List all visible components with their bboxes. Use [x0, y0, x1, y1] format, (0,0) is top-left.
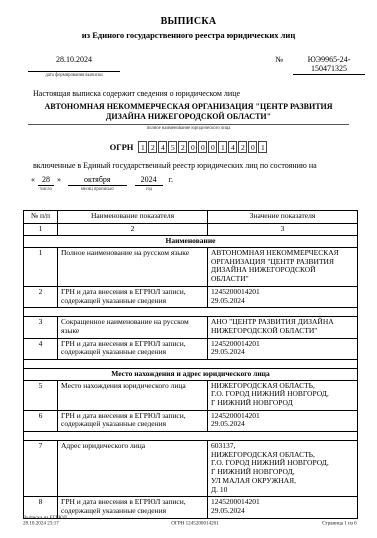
- row-indicator-name: Адрес юридического лица: [58, 441, 208, 497]
- spacer-row: [24, 432, 358, 441]
- row-indicator-value: 603137, НИЖЕГОРОДСКАЯ ОБЛАСТЬ, Г.О. ГОРО…: [208, 441, 358, 497]
- table-colnum-row: 1 2 3: [24, 223, 358, 236]
- as-of-year: 2024: [135, 175, 163, 186]
- as-of-day-group: 28 число: [38, 175, 54, 193]
- formation-date: 28.10.2024: [28, 55, 120, 72]
- footer-ogrn: ОГРН 1245200014201: [172, 521, 220, 526]
- ogrn-digit: 0: [208, 141, 217, 153]
- org-name-caption: полное наименование юридического лица: [63, 126, 313, 131]
- row-indicator-value: 1245200014201 29.05.2024: [208, 286, 358, 307]
- ogrn-digit: 2: [178, 141, 187, 153]
- ogrn-digit: 5: [168, 141, 177, 153]
- month-caption: месяц прописью: [74, 187, 120, 192]
- as-of-day: 28: [38, 175, 54, 186]
- org-name-block: АВТОНОМНАЯ НЕКОММЕРЧЕСКАЯ ОРГАНИЗАЦИЯ "Ц…: [28, 102, 349, 132]
- table-row: 3 Сокращенное наименование на русском яз…: [24, 317, 358, 338]
- open-quote: «: [28, 175, 38, 184]
- col-header-name: Наименование показателя: [58, 211, 208, 224]
- as-of-month: октября: [68, 175, 127, 186]
- col-number: 1: [24, 223, 58, 236]
- day-caption: число: [40, 187, 52, 192]
- section-title: Наименование: [24, 236, 358, 248]
- table-row: 6 ГРН и дата внесения в ЕГРЮЛ записи, со…: [24, 410, 358, 431]
- formation-date-block: 28.10.2024 дата формирования выписки: [28, 55, 120, 79]
- section-row-name: Наименование: [24, 236, 358, 248]
- row-num: 2: [24, 286, 58, 307]
- table-row: 1 Полное наименование на русском языке А…: [24, 248, 358, 287]
- table-row: 7 Адрес юридического лица 603137, НИЖЕГО…: [24, 441, 358, 497]
- spacer-row: [24, 308, 358, 317]
- col-number: 2: [58, 223, 208, 236]
- formation-date-caption: дата формирования выписки: [38, 73, 110, 78]
- document-title: ВЫПИСКА: [0, 0, 377, 27]
- year-suffix: г.: [169, 175, 173, 184]
- row-indicator-value: 1245200014201 29.05.2024: [208, 338, 358, 359]
- footer-page-number: Страница 1 из 6: [322, 521, 357, 526]
- row-num: 5: [24, 380, 58, 410]
- extract-number-block: № ЮЭ9965-24- 150471325: [275, 55, 365, 79]
- close-quote: »: [54, 175, 64, 184]
- org-full-name: АВТОНОМНАЯ НЕКОММЕРЧЕСКАЯ ОРГАНИЗАЦИЯ "Ц…: [28, 102, 349, 125]
- row-num: 4: [24, 338, 58, 359]
- row-indicator-name: ГРН и дата внесения в ЕГРЮЛ записи, соде…: [58, 338, 208, 359]
- row-indicator-value: НИЖЕГОРОДСКАЯ ОБЛАСТЬ, Г.О. ГОРОД НИЖНИЙ…: [208, 380, 358, 410]
- spacer-row: [24, 359, 358, 368]
- row-indicator-name: ГРН и дата внесения в ЕГРЮЛ записи, соде…: [58, 410, 208, 431]
- document-subtitle: из Единого государственного реестра юрид…: [0, 30, 377, 40]
- as-of-date-line: « 28 число » октября месяц прописью 2024…: [28, 175, 377, 193]
- extract-number: ЮЭ9965-24- 150471325: [293, 55, 365, 75]
- row-indicator-name: Полное наименование на русском языке: [58, 248, 208, 287]
- table-header-row: № п/п Наименование показателя Значение п…: [24, 211, 358, 224]
- table-row: 2 ГРН и дата внесения в ЕГРЮЛ записи, со…: [24, 286, 358, 307]
- section-row-address: Место нахождения и адрес юридического ли…: [24, 368, 358, 380]
- page-footer: Выписка из ЕГРЮЛ 28.10.2024 23:17 ОГРН 1…: [23, 514, 357, 526]
- row-indicator-name: Сокращенное наименование на русском язык…: [58, 317, 208, 338]
- row-indicator-value: 1245200014201 29.05.2024: [208, 410, 358, 431]
- ogrn-digit: 1: [258, 141, 267, 153]
- ogrn-digit: 4: [228, 141, 237, 153]
- spacer-cell: [24, 432, 358, 441]
- details-table: № п/п Наименование показателя Значение п…: [23, 210, 358, 519]
- ogrn-digit: 1: [138, 141, 147, 153]
- ogrn-digit: 2: [148, 141, 157, 153]
- row-num: 1: [24, 248, 58, 287]
- spacer-cell: [24, 359, 358, 368]
- col-number: 3: [208, 223, 358, 236]
- table-row: 5 Место нахождения юридического лица НИЖ…: [24, 380, 358, 410]
- ogrn-digit: 0: [248, 141, 257, 153]
- ogrn-digit-boxes: 1 2 4 5 2 0 0 0 1 4 2 0 1: [138, 141, 267, 153]
- ogrn-digit: 0: [188, 141, 197, 153]
- table-row: 4 ГРН и дата внесения в ЕГРЮЛ записи, со…: [24, 338, 358, 359]
- row-indicator-value: АНО "ЦЕНТР РАЗВИТИЯ ДИЗАЙНА НИЖЕГОРОДСКО…: [208, 317, 358, 338]
- col-header-value: Значение показателя: [208, 211, 358, 224]
- number-sign: №: [275, 55, 283, 64]
- row-num: 3: [24, 317, 58, 338]
- intro-line: Настоящая выписка содержит сведения о юр…: [33, 89, 377, 98]
- footer-doc-info: Выписка из ЕГРЮЛ 28.10.2024 23:17: [23, 516, 67, 526]
- row-num: 6: [24, 410, 58, 431]
- row-indicator-name: ГРН и дата внесения в ЕГРЮЛ записи, соде…: [58, 286, 208, 307]
- spacer-cell: [24, 308, 358, 317]
- ogrn-digit: 4: [158, 141, 167, 153]
- ogrn-digit: 0: [198, 141, 207, 153]
- as-of-year-group: 2024 год: [135, 175, 163, 193]
- ogrn-digit: 2: [238, 141, 247, 153]
- row-num: 7: [24, 441, 58, 497]
- year-caption: год: [138, 187, 160, 192]
- row-indicator-value: АВТОНОМНАЯ НЕКОММЕРЧЕСКАЯ ОРГАНИЗАЦИЯ "Ц…: [208, 248, 358, 287]
- ogrn-label: ОГРН: [110, 142, 134, 152]
- row-indicator-name: Место нахождения юридического лица: [58, 380, 208, 410]
- meta-row: 28.10.2024 дата формирования выписки № Ю…: [28, 55, 365, 79]
- col-header-num: № п/п: [24, 211, 58, 224]
- included-line: включенные в Единый государственный реес…: [33, 161, 377, 170]
- ogrn-digit: 1: [218, 141, 227, 153]
- egrul-extract-page: ВЫПИСКА из Единого государственного реес…: [0, 0, 377, 538]
- ogrn-row: ОГРН 1 2 4 5 2 0 0 0 1 4 2 0 1: [0, 141, 377, 153]
- as-of-month-group: октября месяц прописью: [68, 175, 127, 193]
- section-title: Место нахождения и адрес юридического ли…: [24, 368, 358, 380]
